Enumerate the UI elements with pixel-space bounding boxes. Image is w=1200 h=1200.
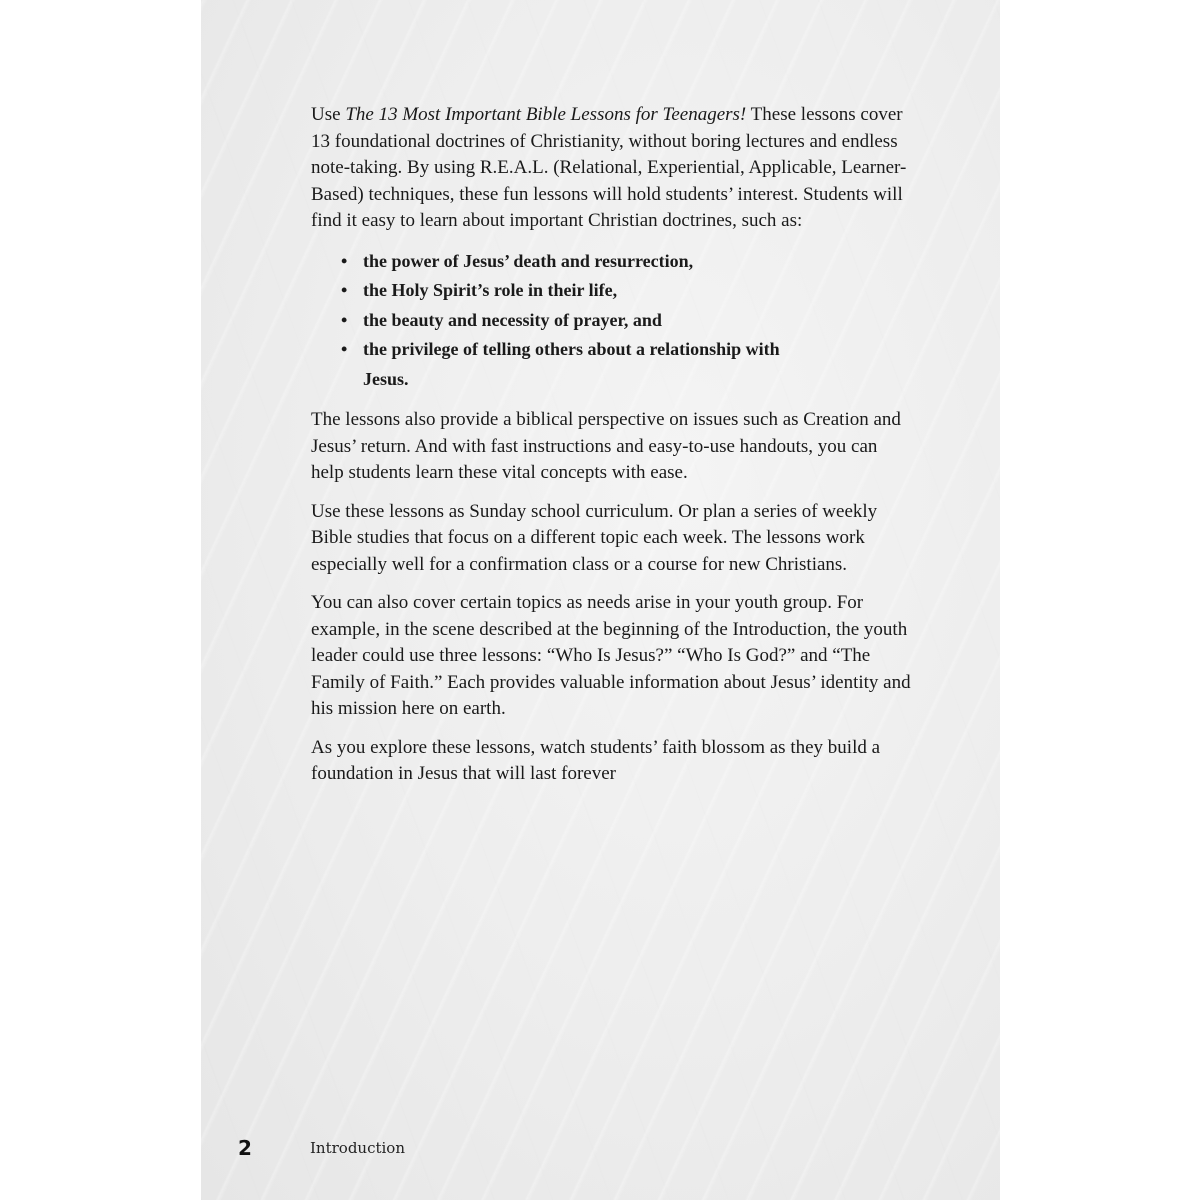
doctrine-list: the power of Jesus’ death and resurrecti… — [311, 247, 911, 395]
usage-paragraph: Use these lessons as Sunday school curri… — [311, 499, 911, 579]
perspective-paragraph: The lessons also provide a biblical pers… — [311, 407, 911, 487]
page-number: 2 — [238, 1136, 310, 1160]
list-item: the Holy Spirit’s role in their life, — [341, 276, 803, 306]
intro-lead: Use — [311, 104, 345, 125]
page-footer: 2 Introduction — [238, 1136, 405, 1160]
closing-paragraph: As you explore these lessons, watch stud… — [311, 735, 911, 788]
body-text: Use The 13 Most Important Bible Lessons … — [311, 102, 911, 800]
intro-paragraph: Use The 13 Most Important Bible Lessons … — [311, 102, 911, 235]
running-footer-section: Introduction — [310, 1139, 405, 1157]
list-item: the beauty and necessity of prayer, and — [341, 306, 803, 336]
list-item: the privilege of telling others about a … — [341, 335, 803, 394]
topics-paragraph: You can also cover certain topics as nee… — [311, 590, 911, 723]
list-item: the power of Jesus’ death and resurrecti… — [341, 247, 803, 277]
book-title: The 13 Most Important Bible Lessons for … — [345, 104, 746, 125]
book-page: Use The 13 Most Important Bible Lessons … — [201, 0, 1000, 1200]
